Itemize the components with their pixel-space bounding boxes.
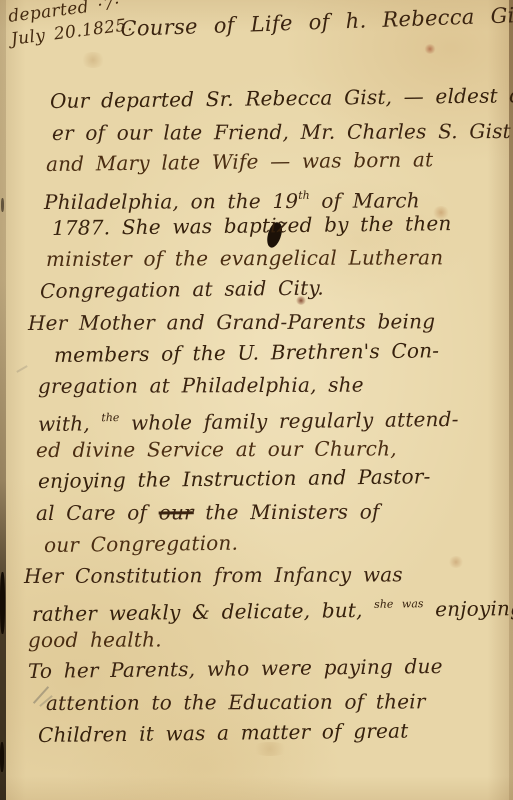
text-segment: enjoying the Instruction and Pastor- bbox=[38, 464, 431, 493]
manuscript-line: 1787. She was baptized by the then bbox=[52, 207, 513, 244]
text-segment: good health. bbox=[28, 627, 162, 652]
text-segment: Congregation at said City. bbox=[40, 276, 324, 303]
text-segment: and Mary late Wife — was born at bbox=[46, 148, 434, 177]
manuscript-body: Our departed Sr. Rebecca Gist, — eldest … bbox=[0, 86, 513, 751]
page-title: Course of Life of h. Rebecca Gist.) bbox=[120, 0, 513, 42]
text-segment: al Care of bbox=[36, 500, 159, 525]
title-text: Course of Life of h. Rebecca Gist. bbox=[120, 2, 513, 41]
text-segment-sup: th bbox=[298, 189, 310, 202]
text-segment: 1787. She was baptized by the then bbox=[52, 211, 452, 240]
text-segment: gregation at Philadelphia, she bbox=[38, 373, 364, 398]
manuscript-line: rather weakly & delicate, but, she was e… bbox=[32, 587, 513, 625]
text-segment: Her Constitution from Infancy was bbox=[24, 563, 403, 589]
text-segment: ed divine Service at our Church, bbox=[36, 436, 397, 462]
date-annotation: departed ·7· July 20.1825. bbox=[7, 0, 134, 52]
text-segment-sup: the bbox=[101, 411, 119, 424]
text-segment: our Congregation. bbox=[44, 530, 238, 556]
manuscript-line: and Mary late Wife — was born at bbox=[46, 144, 513, 181]
text-segment: er of our late Friend, Mr. Charles S. Gi… bbox=[52, 119, 511, 145]
manuscript-line: To her Parents, who were paying due bbox=[28, 650, 513, 688]
text-segment: Her Mother and Grand-Parents being bbox=[28, 309, 435, 335]
text-segment-strike: our bbox=[159, 500, 194, 524]
manuscript-line: Congregation at said City. bbox=[40, 270, 513, 307]
text-segment: Children it was a matter of great bbox=[38, 718, 409, 747]
manuscript-page: departed ·7· July 20.1825. Course of Lif… bbox=[0, 0, 513, 800]
text-segment: To her Parents, who were paying due bbox=[28, 654, 443, 683]
manuscript-line: with, the whole family regularly attend- bbox=[38, 397, 513, 434]
manuscript-line: members of the U. Brethren's Con- bbox=[54, 334, 513, 371]
manuscript-line: Our departed Sr. Rebecca Gist, — eldest … bbox=[50, 80, 513, 117]
text-segment: the Ministers of bbox=[194, 499, 380, 524]
text-segment: whole family regularly attend- bbox=[119, 407, 458, 435]
manuscript-line: Children it was a matter of great bbox=[38, 714, 513, 751]
text-segment: enjoying bbox=[423, 596, 513, 621]
text-segment: Our departed Sr. Rebecca Gist, — eldest … bbox=[50, 82, 513, 113]
paper-stain bbox=[80, 52, 106, 68]
text-segment-sup: she was bbox=[374, 597, 424, 611]
paper-stain bbox=[424, 44, 436, 54]
text-segment: attention to the Education of their bbox=[46, 689, 426, 715]
text-segment: minister of the evangelical Lutheran bbox=[46, 246, 443, 272]
text-segment: members of the U. Brethren's Con- bbox=[54, 338, 439, 367]
manuscript-line: our Congregation. bbox=[44, 524, 513, 561]
text-segment: with, bbox=[38, 411, 102, 436]
manuscript-line: enjoying the Instruction and Pastor- bbox=[38, 460, 513, 497]
text-segment: rather weakly & delicate, but, bbox=[32, 598, 374, 626]
